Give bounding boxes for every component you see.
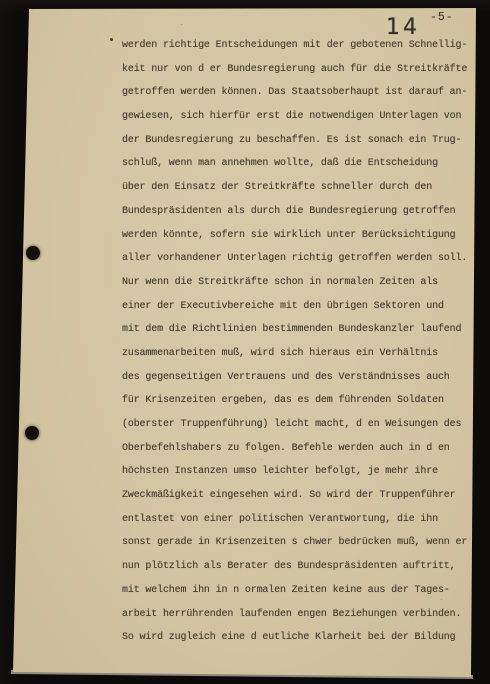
text-line: über den Einsatz der Streitkräfte schnel… bbox=[122, 176, 474, 200]
text-line: Nur wenn die Streitkräfte schon in norma… bbox=[122, 271, 474, 295]
punch-hole-bottom bbox=[25, 426, 39, 440]
text-line: Zweckmäßigkeit eingesehen wird. So wird … bbox=[122, 484, 474, 508]
text-line: Oberbefehlshabers zu folgen. Befehle wer… bbox=[122, 437, 474, 461]
text-line: nun plötzlich als Berater des Bundespräs… bbox=[122, 555, 474, 579]
document-page: 14 -5- werden richtige Entscheidungen mi… bbox=[0, 0, 490, 684]
text-line: zusammenarbeiten muß, wird sich hieraus … bbox=[122, 342, 474, 366]
body-text: werden richtige Entscheidungen mit der g… bbox=[122, 34, 474, 650]
page-label: -5- bbox=[430, 11, 454, 24]
text-line: keit nur von d er Bundesregierung auch f… bbox=[122, 58, 474, 82]
text-line: (oberster Truppenführung) leicht macht, … bbox=[122, 413, 474, 437]
text-line: werden könnte, sofern sie wirklich unter… bbox=[122, 224, 474, 248]
text-line: mit welchem ihn in n ormalen Zeiten kein… bbox=[122, 579, 474, 603]
text-line: mit dem die Richtlinien bestimmenden Bun… bbox=[122, 318, 474, 342]
text-line: aller vorhandener Unterlagen richtig get… bbox=[122, 247, 474, 271]
text-line: Bundespräsidenten als durch die Bundesre… bbox=[122, 200, 474, 224]
paper-speck bbox=[110, 38, 113, 41]
text-line: getroffen werden können. Das Staatsoberh… bbox=[122, 81, 474, 105]
text-line: sonst gerade in Krisenzeiten s chwer bed… bbox=[122, 531, 474, 555]
text-line: So wird zugleich eine d eutliche Klarhei… bbox=[122, 626, 474, 650]
scanned-document: 14 -5- werden richtige Entscheidungen mi… bbox=[0, 0, 490, 684]
text-line: für Krisenzeiten ergeben, das es dem füh… bbox=[122, 389, 474, 413]
text-line: gewiesen, sich hierfür erst die notwendi… bbox=[122, 105, 474, 129]
punch-hole-top bbox=[26, 246, 40, 260]
text-line: entlastet von einer politischen Verantwo… bbox=[122, 508, 474, 532]
text-line: des gegenseitigen Vertrauens und des Ver… bbox=[122, 366, 474, 390]
text-line: der Bundesregierung zu beschaffen. Es is… bbox=[122, 129, 474, 153]
text-line: schluß, wenn man annehmen wollte, daß di… bbox=[122, 152, 474, 176]
text-line: höchsten Instanzen umso leichter befolgt… bbox=[122, 460, 474, 484]
text-line: einer der Executivbereiche mit den übrig… bbox=[122, 295, 474, 319]
text-line: werden richtige Entscheidungen mit der g… bbox=[122, 34, 474, 58]
text-line: arbeit herrührenden laufenden engen Bezi… bbox=[122, 603, 474, 627]
